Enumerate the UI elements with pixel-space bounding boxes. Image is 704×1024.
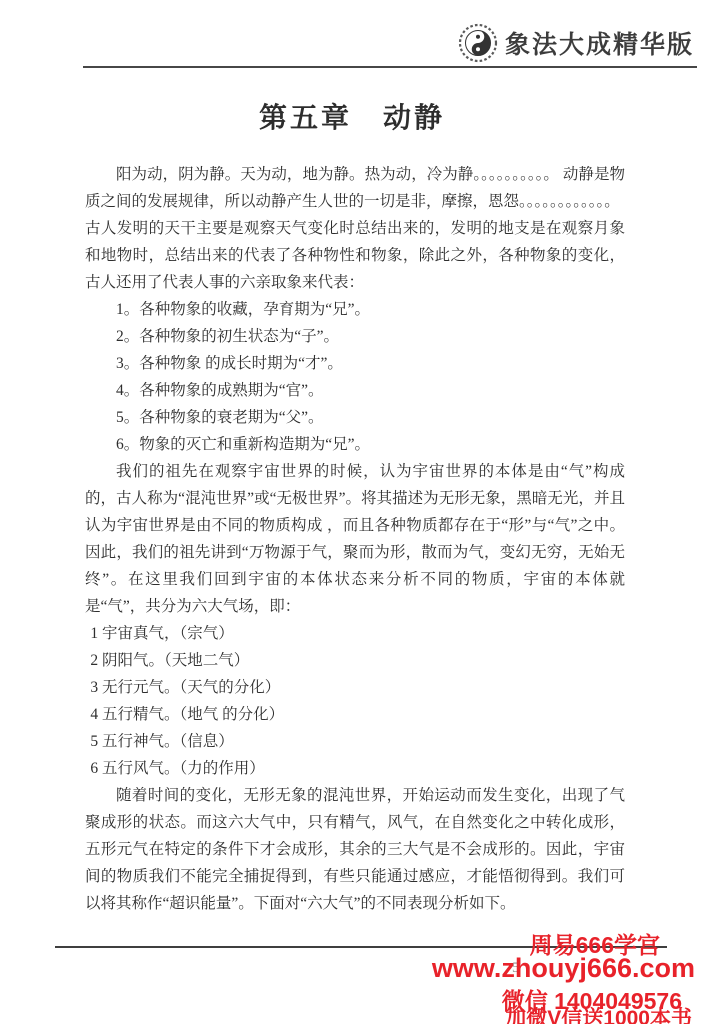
six-qi-list: 1 宇宙真气，（宗气） 2 阴阳气。（天地二气） 3 无行元气。（天气的分化） … [85, 620, 625, 782]
list-item: 1 宇宙真气，（宗气） [85, 620, 625, 647]
list-item: 2。各种物象的初生状态为“子”。 [85, 323, 625, 350]
chapter-title: 第五章 动静 [0, 96, 704, 136]
body-text: 阳为动，阴为静。天为动，地为静。热为动，冷为静。。。。。。。。。。 动静是物质之… [85, 161, 625, 917]
list-item: 2 阴阳气。（天地二气） [85, 647, 625, 674]
paragraph-tiangan-dizhi: 古人发明的天干主要是观察天气变化时总结出来的，发明的地支是在观察月象和地物时，总… [85, 215, 625, 296]
brand-title: 象法大成精华版 [505, 25, 694, 61]
list-item: 5。各种物象的衰老期为“父”。 [85, 404, 625, 431]
paragraph-universe-qi: 我们的祖先在观察宇宙世界的时候，认为宇宙世界的本体是由“气”构成的，古人称为“混… [85, 458, 625, 620]
watermark-promo: 加微V信送1000本书 [505, 1002, 692, 1024]
list-item: 6。物象的灭亡和重新构造期为“兄”。 [85, 431, 625, 458]
list-item: 6 五行风气。（力的作用） [85, 755, 625, 782]
paragraph-qi-forms: 随着时间的变化，无形无象的混沌世界，开始运动而发生变化，出现了气聚成形的状态。而… [85, 782, 625, 917]
list-item: 1。各种物象的收藏，孕育期为“兄”。 [85, 296, 625, 323]
list-item: 4 五行精气。（地气 的分化） [85, 701, 625, 728]
list-item: 3。各种物象 的成长时期为“才”。 [85, 350, 625, 377]
list-item: 5 五行神气。（信息） [85, 728, 625, 755]
list-item: 3 无行元气。（天气的分化） [85, 674, 625, 701]
watermark-website: www.zhouyj666.com [432, 953, 695, 984]
list-item: 4。各种物象的成熟期为“官”。 [85, 377, 625, 404]
yinyang-bagua-logo-icon [458, 23, 498, 63]
header-divider [83, 66, 697, 68]
page-header: 象法大成精华版 [458, 20, 694, 66]
paragraph-yinyang-intro: 阳为动，阴为静。天为动，地为静。热为动，冷为静。。。。。。。。。。 动静是物质之… [85, 161, 625, 215]
book-page: 象法大成精华版 第五章 动静 阳为动，阴为静。天为动，地为静。热为动，冷为静。。… [0, 0, 704, 1024]
six-relations-list: 1。各种物象的收藏，孕育期为“兄”。 2。各种物象的初生状态为“子”。 3。各种… [85, 296, 625, 458]
